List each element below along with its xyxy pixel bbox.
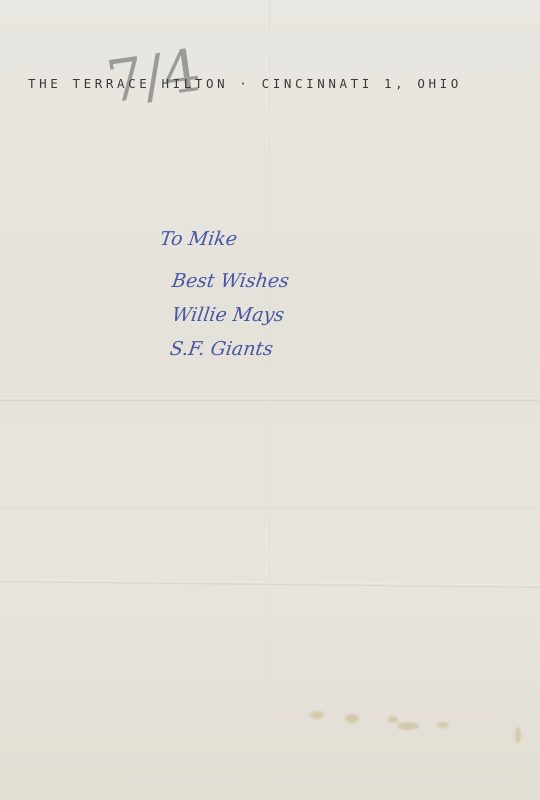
letterhead: THE TERRACE HILTON · CINCINNATI 1, OHIO xyxy=(28,76,518,91)
pencil-notation: 7/4 xyxy=(103,47,166,153)
inscription-line-team: S.F. Giants xyxy=(169,340,275,359)
signature: Willie Mays xyxy=(171,306,286,325)
stain-mark xyxy=(437,722,449,728)
stain-mark xyxy=(345,714,359,723)
horizontal-fold-crease xyxy=(0,505,540,508)
stain-mark xyxy=(310,711,324,719)
inscription-line-dedication: To Mike xyxy=(159,230,239,249)
stain-mark xyxy=(388,716,398,723)
letter-sheet: 7/4 THE TERRACE HILTON · CINCINNATI 1, O… xyxy=(0,0,540,800)
stain-mark xyxy=(397,722,419,730)
inscription-line-wishes: Best Wishes xyxy=(171,272,291,291)
horizontal-fold-crease xyxy=(0,579,540,588)
stain-mark xyxy=(515,727,521,743)
horizontal-fold-crease xyxy=(0,398,540,401)
